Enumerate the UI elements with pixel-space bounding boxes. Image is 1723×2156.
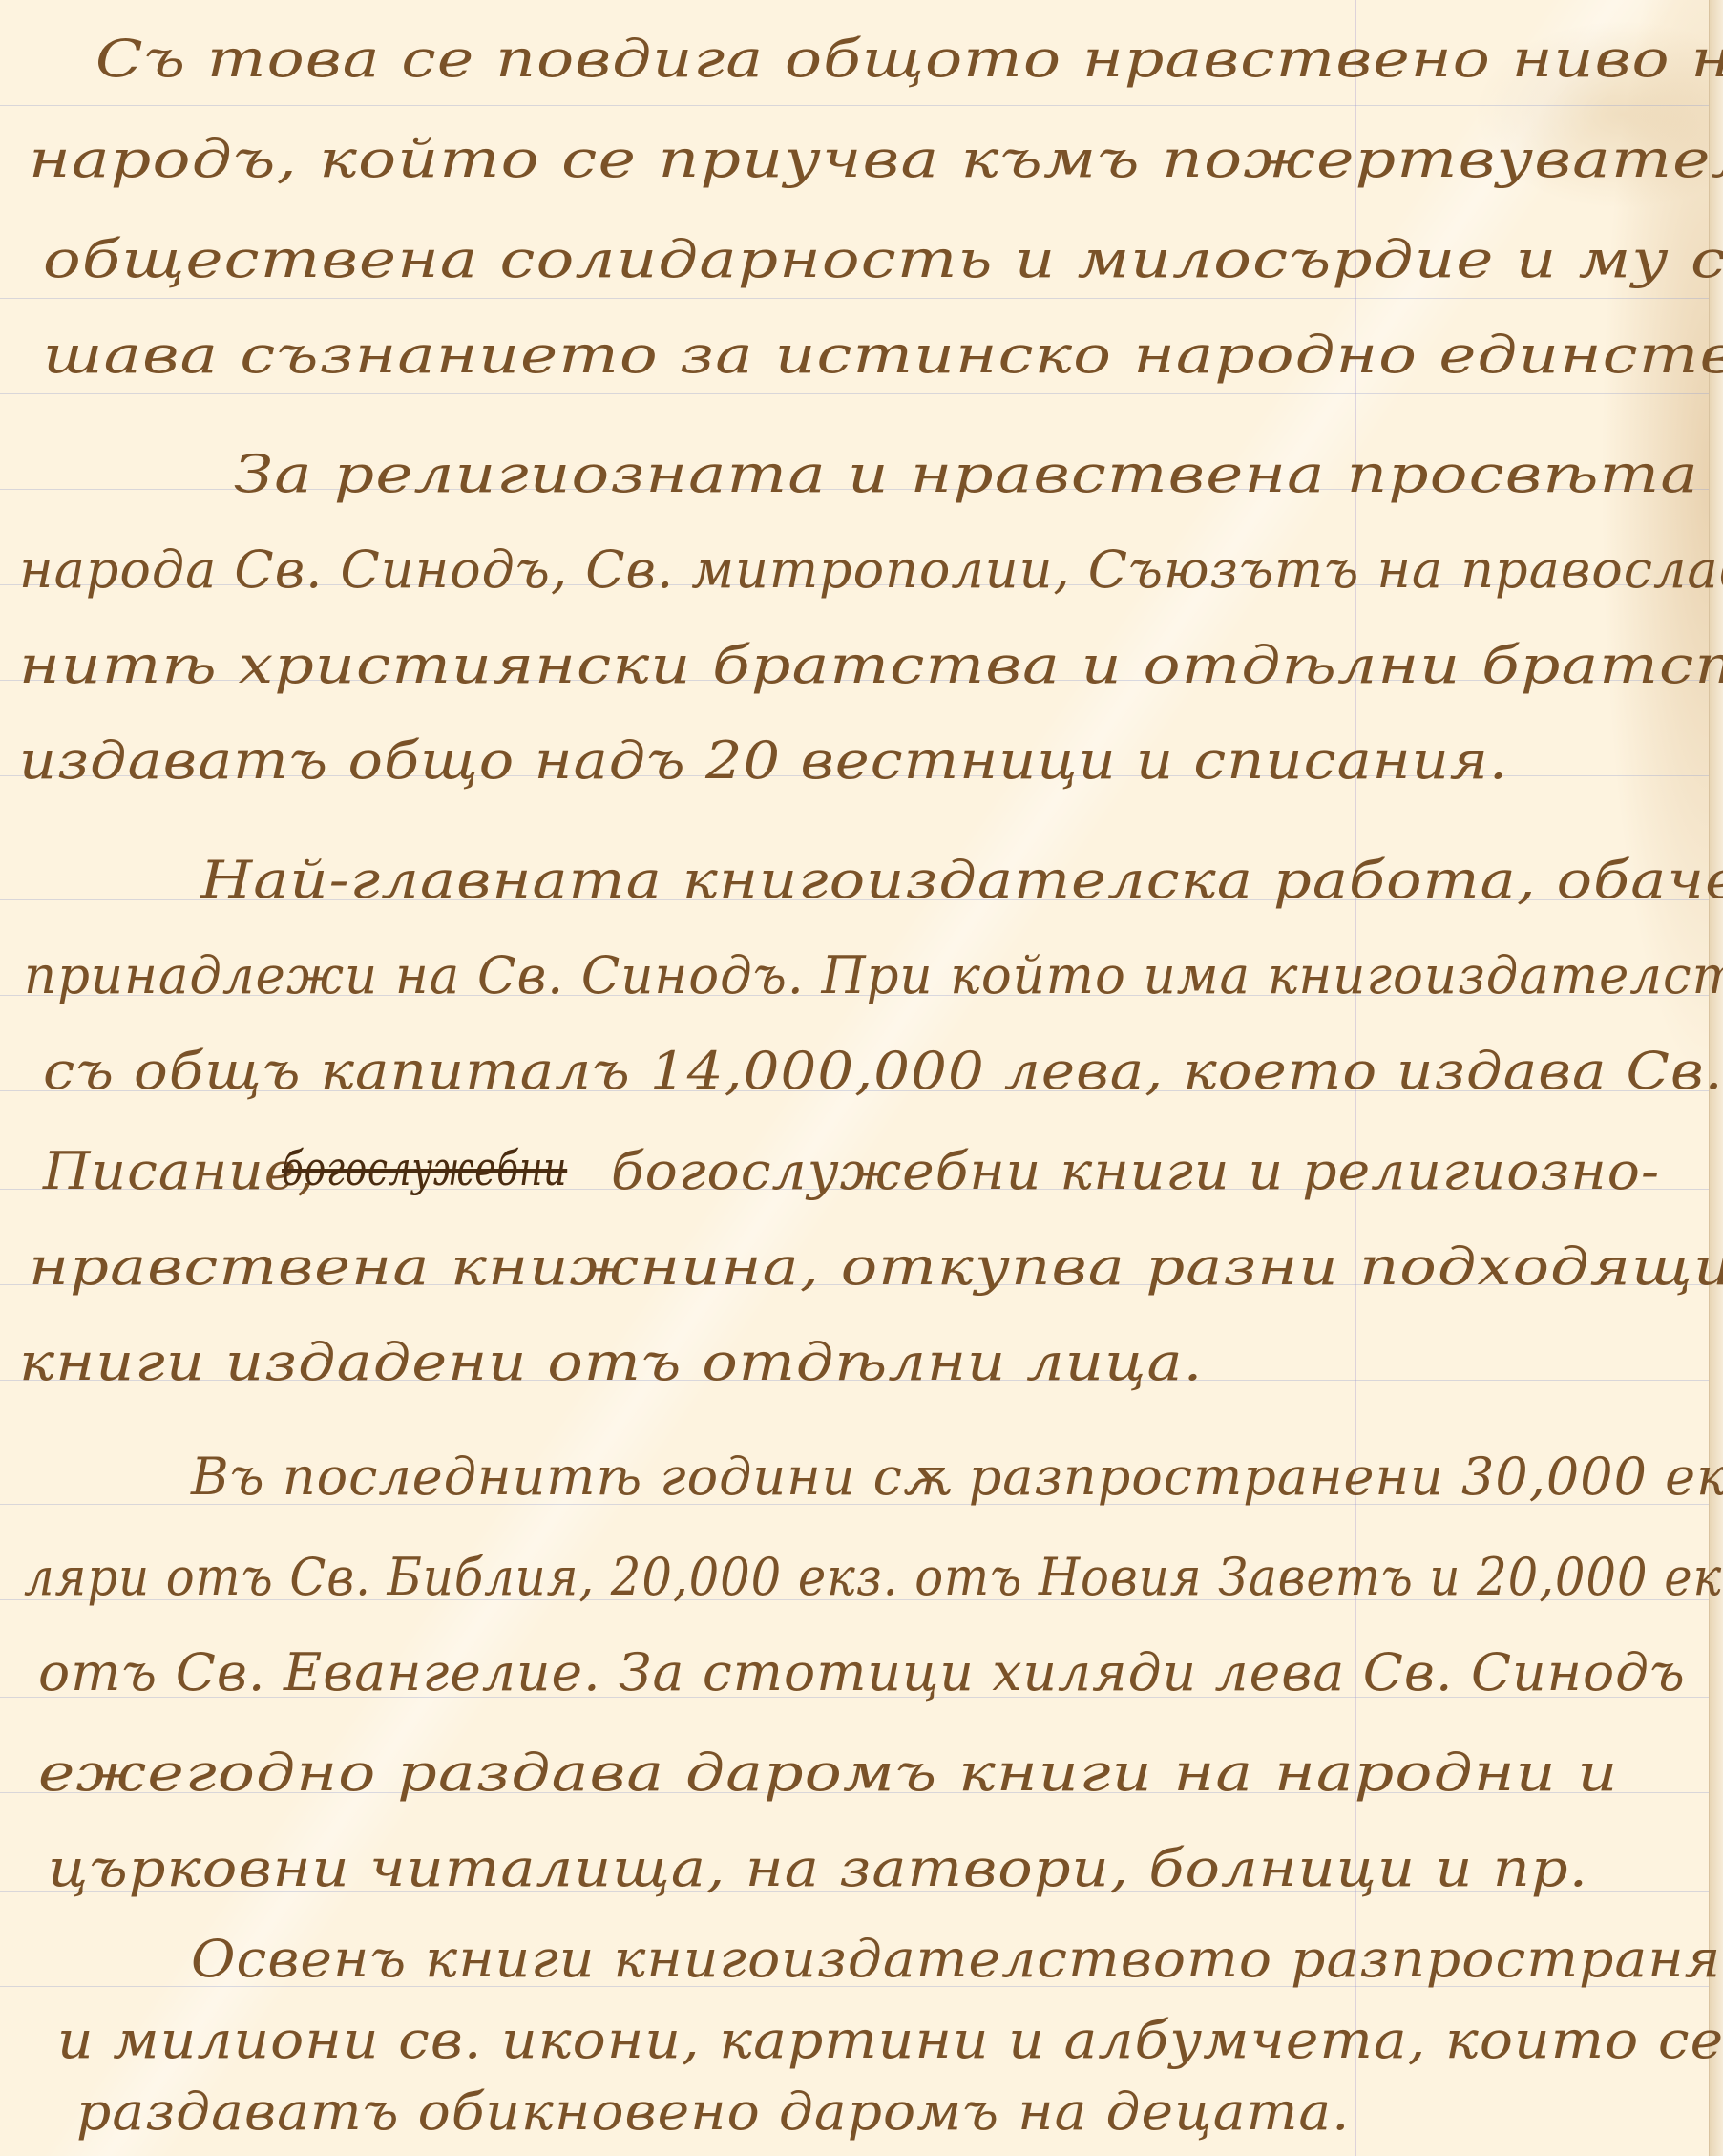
text-line: раздаватъ обикновено даромъ на децата.: [76, 2082, 1350, 2142]
text-line: ежегодно раздава даромъ книги на народни…: [38, 1743, 1618, 1803]
text-line: книги издадени отъ отдѣлни лица.: [19, 1332, 1204, 1392]
text-line: обществена солидарность и милосърдие и м…: [43, 229, 1723, 289]
text-line: Писание,: [43, 1141, 315, 1201]
ruled-line: [0, 105, 1709, 106]
text-line: ляри отъ Св. Библия, 20,000 екз. отъ Нов…: [24, 1547, 1723, 1607]
text-line: принадлежи на Св. Синодъ. При който има …: [24, 945, 1723, 1005]
text-line: издаватъ общо надъ 20 вестници и списани…: [19, 730, 1508, 791]
text-line: Въ последнитѣ години сѫ разпространени 3…: [191, 1447, 1723, 1507]
text-line: отъ Св. Евангелие. За стотици хиляди лев…: [38, 1642, 1686, 1702]
text-line: съ общъ капиталъ 14,000,000 лева, което …: [43, 1041, 1723, 1101]
text-line: За религиозната и нравствена просвѣта на: [234, 444, 1723, 504]
text-line: нитѣ християнски братства и отдѣлни брат…: [19, 635, 1723, 695]
ruled-line: [0, 298, 1709, 299]
text-line: църковни читалища, на затвори, болници и…: [48, 1838, 1588, 1898]
text-line: богослужебни книги и религиозно-: [611, 1141, 1660, 1201]
text-line: Освенъ книги книгоиздателството разпрост…: [191, 1929, 1723, 1989]
text-line: нравствена книжнина, откупва разни подхо…: [29, 1237, 1723, 1297]
struck-word: богослужебни: [282, 1141, 567, 1196]
text-line: народа Св. Синодъ, Св. митрополии, Съюзъ…: [19, 539, 1723, 600]
text-line: и милиони св. икони, картини и албумчета…: [57, 2010, 1723, 2070]
manuscript-page: Съ това се повдига общото нравствено нив…: [0, 0, 1723, 2156]
text-line: Съ това се повдига общото нравствено нив…: [95, 29, 1723, 89]
text-line: Най-главната книгоиздателска работа, оба…: [200, 850, 1723, 910]
text-line: народъ, който се приучва къмъ пожертвува…: [29, 129, 1723, 189]
ruled-line: [0, 393, 1709, 394]
ruled-line: [0, 201, 1709, 201]
text-line: шава съзнанието за истинско народно един…: [43, 325, 1723, 385]
